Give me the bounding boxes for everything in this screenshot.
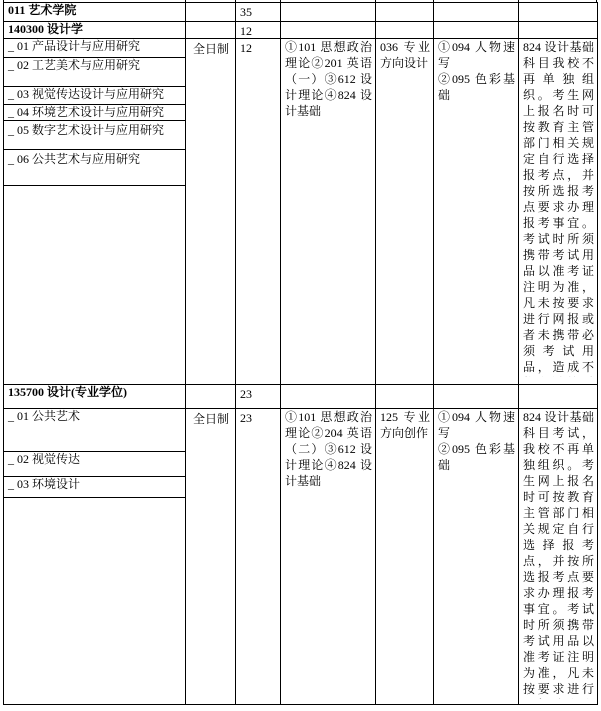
empty-cell bbox=[281, 3, 376, 22]
empty-cell bbox=[434, 22, 519, 39]
direction-cell: _ 06 公共艺术与应用研究 bbox=[4, 150, 186, 186]
remarks-cell: 824 设计基础科目我校不再单独组织。考生网上报名时可按教育主管部门相关规定自行… bbox=[519, 39, 598, 385]
study-mode-cell: 全日制 bbox=[186, 409, 236, 705]
table-row: 135700 设计(专业学位) 23 bbox=[4, 385, 598, 409]
remarks-text: 824 设计基础科目考试，我校不再单独组织。考生网上报名时可按教育主管部门相关规… bbox=[523, 409, 594, 699]
retest-subject-item: ①094 人物速写 bbox=[438, 409, 515, 441]
empty-cell bbox=[376, 3, 434, 22]
empty-cell bbox=[519, 3, 598, 22]
direction-cell: _ 04 环境艺术设计与应用研究 bbox=[4, 105, 186, 121]
empty-cell bbox=[281, 22, 376, 39]
retest-subject-item: ②095 色彩基础 bbox=[438, 71, 515, 103]
empty-cell bbox=[519, 385, 598, 409]
exam-direction-cell: 036 专业方向设计 bbox=[376, 39, 434, 385]
initial-exam-subjects-cell: ①101 思想政治理论②204 英语（二）③612 设计理论④824 设计基础 bbox=[281, 409, 376, 705]
retest-subjects-cell: ①094 人物速写 ②095 色彩基础 bbox=[434, 409, 519, 705]
major-count-cell: 23 bbox=[236, 385, 281, 409]
empty-cell bbox=[281, 385, 376, 409]
table-row: _ 01 公共艺术 全日制 23 ①101 思想政治理论②204 英语（二）③6… bbox=[4, 409, 598, 452]
empty-cell bbox=[4, 498, 186, 705]
empty-cell bbox=[186, 3, 236, 22]
remarks-cell: 824 设计基础科目考试，我校不再单独组织。考生网上报名时可按教育主管部门相关规… bbox=[519, 409, 598, 705]
study-mode-cell: 全日制 bbox=[186, 39, 236, 385]
retest-subject-item: ②095 色彩基础 bbox=[438, 441, 515, 473]
enrollment-cell: 23 bbox=[236, 409, 281, 705]
direction-cell: _ 02 工艺美术与应用研究 bbox=[4, 58, 186, 87]
college-name-cell: 011 艺术学院 bbox=[4, 3, 186, 22]
empty-cell bbox=[434, 385, 519, 409]
empty-cell bbox=[186, 385, 236, 409]
major-count-cell: 12 bbox=[236, 22, 281, 39]
empty-cell bbox=[376, 22, 434, 39]
empty-cell bbox=[4, 186, 186, 385]
college-count-cell: 35 bbox=[236, 3, 281, 22]
direction-cell: _ 03 环境设计 bbox=[4, 477, 186, 498]
direction-cell: _ 01 产品设计与应用研究 bbox=[4, 39, 186, 58]
exam-direction-cell: 125 专业方向创作 bbox=[376, 409, 434, 705]
direction-cell: _ 02 视觉传达 bbox=[4, 452, 186, 477]
direction-cell: _ 01 公共艺术 bbox=[4, 409, 186, 452]
table-row: 011 艺术学院 35 bbox=[4, 3, 598, 22]
retest-subjects-cell: ①094 人物速写 ②095 色彩基础 bbox=[434, 39, 519, 385]
empty-cell bbox=[376, 385, 434, 409]
empty-cell bbox=[519, 22, 598, 39]
empty-cell bbox=[434, 3, 519, 22]
retest-subject-item: ①094 人物速写 bbox=[438, 39, 515, 71]
enrollment-cell: 12 bbox=[236, 39, 281, 385]
major-name-cell: 140300 设计学 bbox=[4, 22, 186, 39]
direction-cell: _ 05 数字艺术设计与应用研究 bbox=[4, 121, 186, 150]
initial-exam-subjects-cell: ①101 思想政治理论②201 英语（一）③612 设计理论④824 设计基础 bbox=[281, 39, 376, 385]
table-row: 140300 设计学 12 bbox=[4, 22, 598, 39]
direction-cell: _ 03 视觉传达设计与应用研究 bbox=[4, 87, 186, 105]
admissions-table: 011 艺术学院 35 140300 设计学 12 _ 01 产品设 bbox=[3, 2, 598, 705]
empty-cell bbox=[186, 22, 236, 39]
remarks-text: 824 设计基础科目我校不再单独组织。考生网上报名时可按教育主管部门相关规定自行… bbox=[523, 39, 594, 377]
major-name-cell: 135700 设计(专业学位) bbox=[4, 385, 186, 409]
table-row: _ 01 产品设计与应用研究 全日制 12 ①101 思想政治理论②201 英语… bbox=[4, 39, 598, 58]
